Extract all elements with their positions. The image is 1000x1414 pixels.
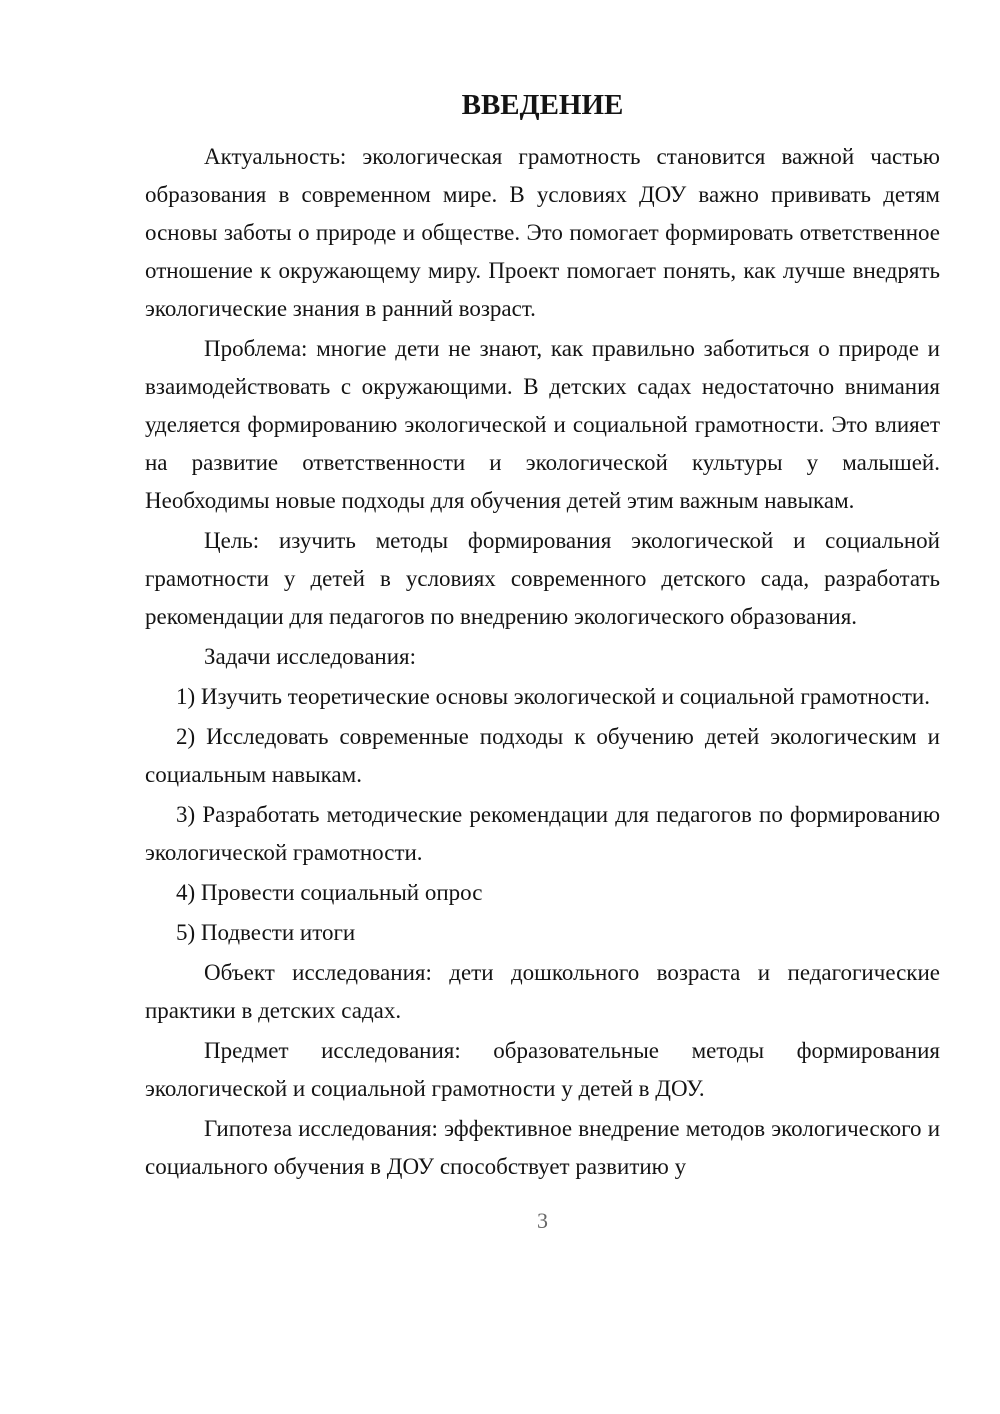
page-number: 3: [145, 1202, 940, 1240]
paragraph-aktualnost: Актуальность: экологическая грамотность …: [145, 138, 940, 328]
paragraph-problema: Проблема: многие дети не знают, как прав…: [145, 330, 940, 520]
task-list-item-1: 1) Изучить теоретические основы экологич…: [145, 678, 940, 716]
paragraph-tsel: Цель: изучить методы формирования эколог…: [145, 522, 940, 636]
paragraph-obekt: Объект исследования: дети дошкольного во…: [145, 954, 940, 1030]
task-list-item-2: 2) Исследовать современные подходы к обу…: [145, 718, 940, 794]
document-content: ВВЕДЕНИЕ Актуальность: экологическая гра…: [0, 0, 1000, 1240]
task-list-item-4: 4) Провести социальный опрос: [145, 874, 940, 912]
paragraph-gipoteza: Гипотеза исследования: эффективное внедр…: [145, 1110, 940, 1186]
page-title: ВВЕДЕНИЕ: [145, 86, 940, 124]
section-label-zadachi: Задачи исследования:: [145, 638, 940, 676]
document-page: ВВЕДЕНИЕ Актуальность: экологическая гра…: [0, 0, 1000, 1414]
task-list-item-3: 3) Разработать методические рекомендации…: [145, 796, 940, 872]
task-list-item-5: 5) Подвести итоги: [145, 914, 940, 952]
paragraph-predmet: Предмет исследования: образовательные ме…: [145, 1032, 940, 1108]
